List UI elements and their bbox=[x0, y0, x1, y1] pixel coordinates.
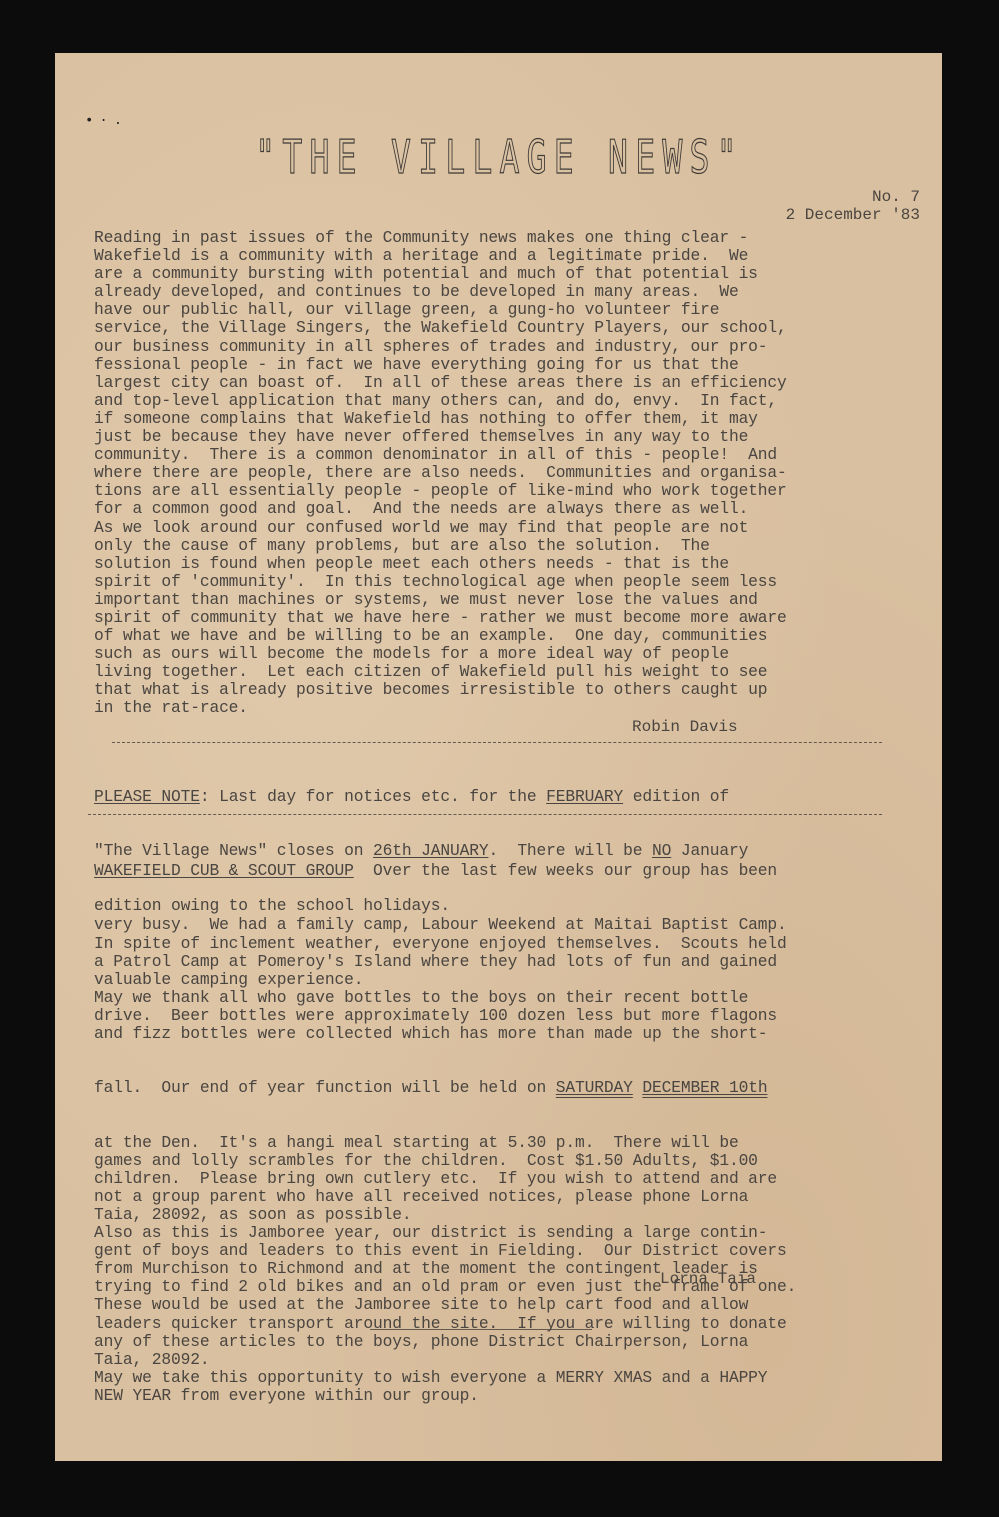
text-line: and fizz bottles were collected which ha… bbox=[94, 1025, 884, 1043]
notice-february: FEBRUARY bbox=[546, 787, 623, 806]
editorial-article: Reading in past issues of the Community … bbox=[94, 229, 884, 718]
text-line: already developed, and continues to be d… bbox=[94, 283, 884, 301]
text-line: tions are all essentially people - peopl… bbox=[94, 482, 884, 500]
text-line: Wakefield is a community with a heritage… bbox=[94, 247, 884, 265]
text-line: spirit of community that we have here - … bbox=[94, 609, 884, 627]
issue-number: No. 7 bbox=[786, 188, 920, 206]
text-line: spirit of 'community'. In this technolog… bbox=[94, 573, 884, 591]
section-divider bbox=[88, 814, 882, 815]
text-line: and top-level application that many othe… bbox=[94, 392, 884, 410]
text-line: are a community bursting with potential … bbox=[94, 265, 884, 283]
scouts-line-1: WAKEFIELD CUB & SCOUT GROUP Over the las… bbox=[94, 862, 884, 880]
text-line: living together. Let each citizen of Wak… bbox=[94, 663, 884, 681]
text-line: games and lolly scrambles for the childr… bbox=[94, 1152, 884, 1170]
text-line: such as ours will become the models for … bbox=[94, 645, 884, 663]
issue-date: 2 December '83 bbox=[786, 206, 920, 224]
text-line: Taia, 28092, as soon as possible. bbox=[94, 1206, 884, 1224]
text-line: NEW YEAR from everyone within our group. bbox=[94, 1387, 884, 1405]
text-line: Reading in past issues of the Community … bbox=[94, 229, 884, 247]
function-day: SATURDAY bbox=[556, 1078, 633, 1097]
text-line: important than machines or systems, we m… bbox=[94, 591, 884, 609]
text-line: only the cause of many problems, but are… bbox=[94, 537, 884, 555]
scouts-heading: WAKEFIELD CUB & SCOUT GROUP bbox=[94, 861, 354, 880]
scouts-lines-b: at the Den. It's a hangi meal starting a… bbox=[94, 1134, 884, 1405]
text-line: gent of boys and leaders to this event i… bbox=[94, 1242, 884, 1260]
text-line: solution is found when people meet each … bbox=[94, 555, 884, 573]
text-line: where there are people, there are also n… bbox=[94, 464, 884, 482]
text-line: Taia, 28092. bbox=[94, 1351, 884, 1369]
scouts-function-line: fall. Our end of year function will be h… bbox=[94, 1079, 884, 1097]
text-line: of what we have and be willing to be an … bbox=[94, 627, 884, 645]
text-line: valuable camping experience. bbox=[94, 971, 884, 989]
text-line: our business community in all spheres of… bbox=[94, 338, 884, 356]
editorial-author: Robin Davis bbox=[632, 718, 738, 736]
text-line: May we thank all who gave bottles to the… bbox=[94, 989, 884, 1007]
text-line: children. Please bring own cutlery etc. … bbox=[94, 1170, 884, 1188]
newsletter-title: "THE VILLAGE NEWS" bbox=[140, 130, 859, 184]
text-line: any of these articles to the boys, phone… bbox=[94, 1333, 884, 1351]
notice-heading: PLEASE NOTE bbox=[94, 787, 200, 806]
text-line: drive. Beer bottles were approximately 1… bbox=[94, 1007, 884, 1025]
text-line: from Murchison to Richmond and at the mo… bbox=[94, 1260, 884, 1278]
scouts-author: Lorna Taia bbox=[660, 1270, 756, 1288]
function-date: DECEMBER 10th bbox=[642, 1078, 767, 1097]
text-line: have our public hall, our village green,… bbox=[94, 301, 884, 319]
text-line: As we look around our confused world we … bbox=[94, 519, 884, 537]
ink-specks: •·. bbox=[85, 113, 128, 129]
scouts-article: WAKEFIELD CUB & SCOUT GROUP Over the las… bbox=[94, 826, 884, 1423]
text-line: Also as this is Jamboree year, our distr… bbox=[94, 1224, 884, 1242]
text-line: not a group parent who have all received… bbox=[94, 1188, 884, 1206]
text-line: very busy. We had a family camp, Labour … bbox=[94, 916, 884, 934]
text-line: In spite of inclement weather, everyone … bbox=[94, 935, 884, 953]
text-line: community. There is a common denominator… bbox=[94, 446, 884, 464]
text-line: a Patrol Camp at Pomeroy's Island where … bbox=[94, 953, 884, 971]
text-line: service, the Village Singers, the Wakefi… bbox=[94, 319, 884, 337]
text-line: trying to find 2 old bikes and an old pr… bbox=[94, 1278, 884, 1296]
notice-line-1: PLEASE NOTE: Last day for notices etc. f… bbox=[94, 788, 884, 806]
text-line: at the Den. It's a hangi meal starting a… bbox=[94, 1134, 884, 1152]
text-line: for a common good and goal. And the need… bbox=[94, 500, 884, 518]
text-line: largest city can boast of. In all of the… bbox=[94, 374, 884, 392]
text-line: fessional people - in fact we have every… bbox=[94, 356, 884, 374]
section-divider bbox=[112, 742, 882, 743]
text-line: in the rat-race. bbox=[94, 699, 884, 717]
text-line: just be because they have never offered … bbox=[94, 428, 884, 446]
text-line: that what is already positive becomes ir… bbox=[94, 681, 884, 699]
issue-info: No. 7 2 December '83 bbox=[786, 188, 920, 224]
scouts-lines-a: very busy. We had a family camp, Labour … bbox=[94, 916, 884, 1043]
text-line: if someone complains that Wakefield has … bbox=[94, 410, 884, 428]
text-line: May we take this opportunity to wish eve… bbox=[94, 1369, 884, 1387]
text-line: These would be used at the Jamboree site… bbox=[94, 1296, 884, 1314]
end-rule bbox=[370, 1329, 592, 1330]
